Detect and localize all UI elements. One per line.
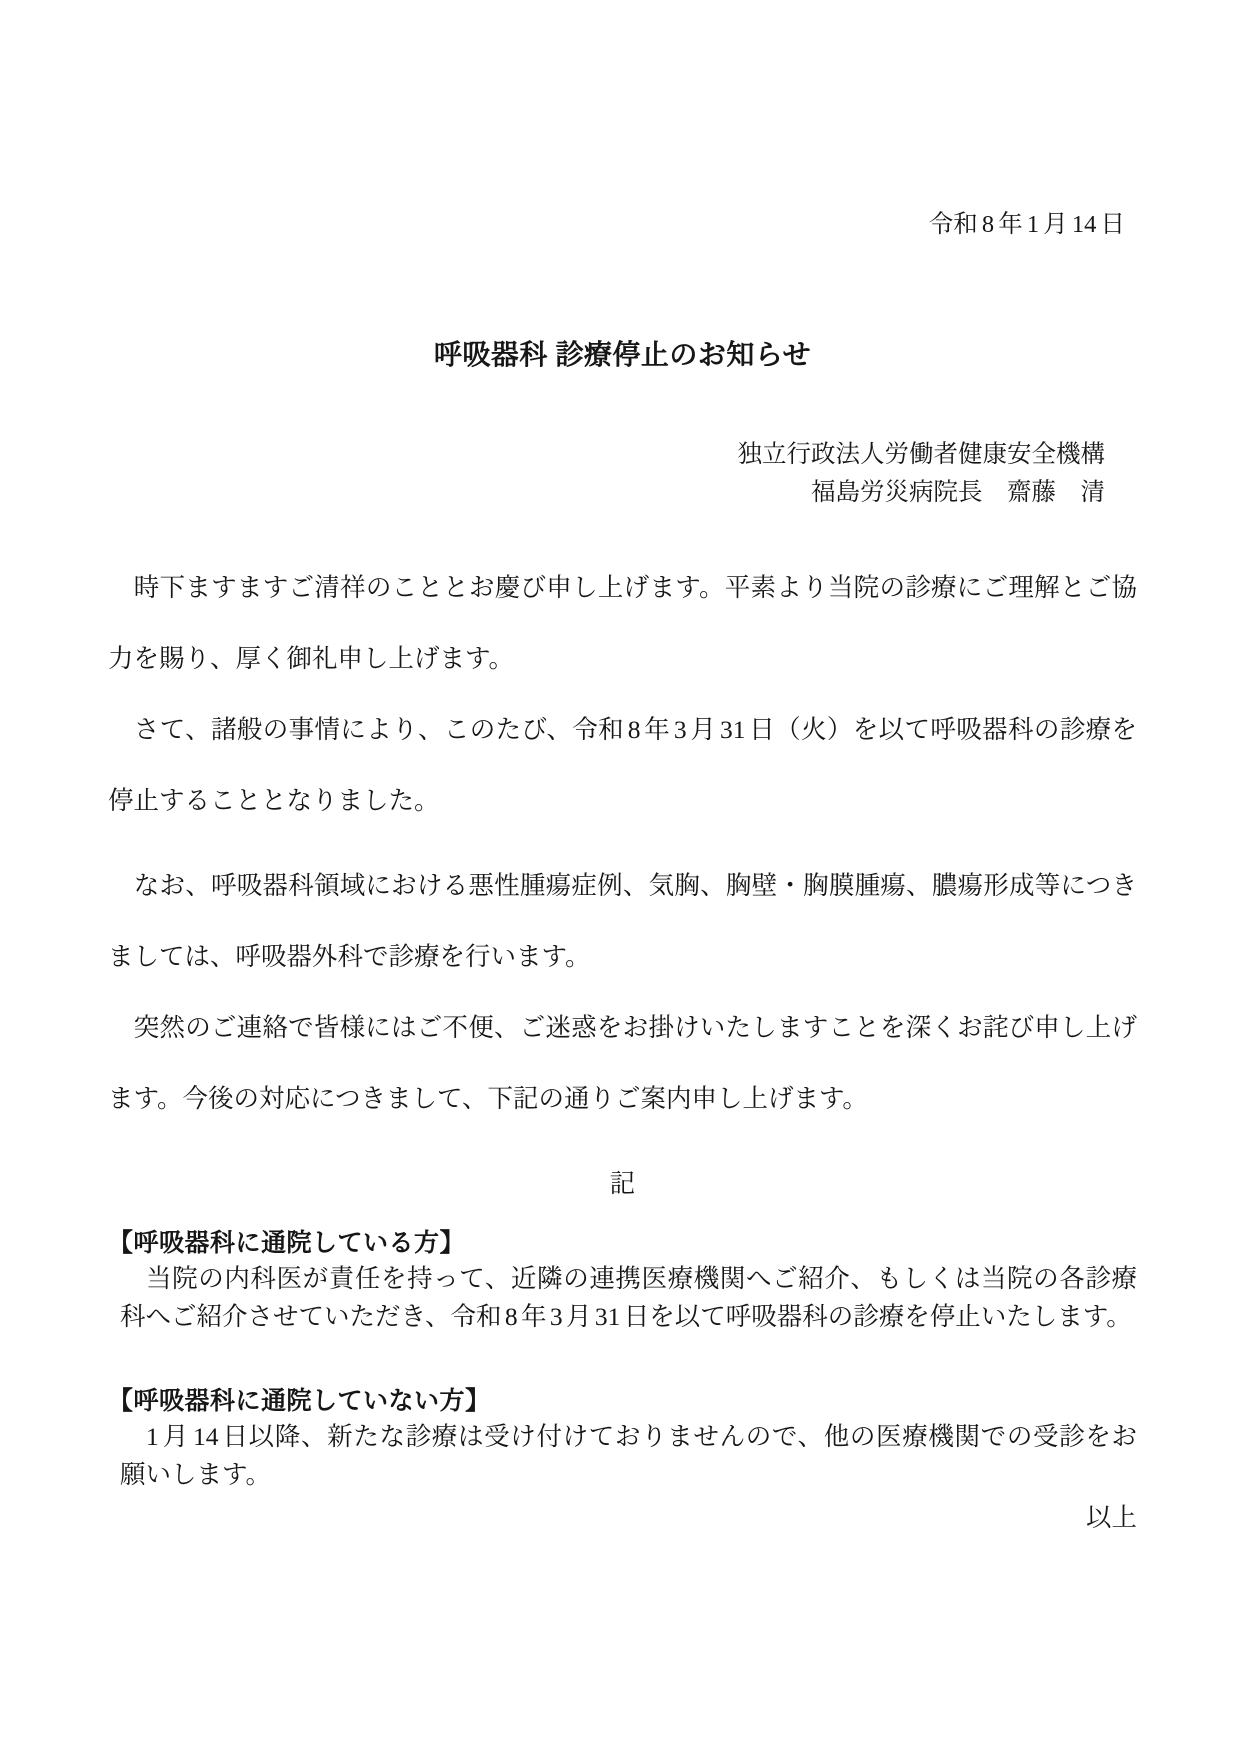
paragraph-announcement: さて、諸般の事情により、このたび、令和 8 年 3 月 31 日（火）を以て呼吸… (108, 694, 1137, 836)
section-current-patients-body: 当院の内科医が責任を持って、近隣の連携医療機関へご紹介、もしくは当院の各診療科へ… (108, 1260, 1137, 1336)
record-marker: 記 (108, 1164, 1137, 1204)
sender-signer: 福島労災病院長 齋藤 清 (108, 474, 1105, 512)
sender-block: 独立行政法人労働者健康安全機構 福島労災病院長 齋藤 清 (108, 436, 1137, 512)
section-non-patients: 【呼吸器科に通院していない方】 1 月 14 日以降、新たな診療は受け付けており… (108, 1384, 1137, 1494)
document-page: 令和 8 年 1 月 14 日 呼吸器科 診療停止のお知らせ 独立行政法人労働者… (0, 0, 1241, 1755)
paragraph-greeting: 時下ますますご清祥のこととお慶び申し上げます。平素より当院の診療にご理解とご協力… (108, 552, 1137, 694)
sender-organization: 独立行政法人労働者健康安全機構 (108, 436, 1105, 474)
section-non-patients-body: 1 月 14 日以降、新たな診療は受け付けておりませんので、他の医療機関での受診… (108, 1418, 1137, 1494)
paragraph-surgery-note: なお、呼吸器科領域における悪性腫瘍症例、気胸、胸壁・胸膜腫瘍、膿瘍形成等につきま… (108, 850, 1137, 992)
paragraph-apology: 突然のご連絡で皆様にはご不便、ご迷惑をお掛けいたしますことを深くお詫び申し上げま… (108, 992, 1137, 1134)
closing-marker: 以上 (108, 1500, 1137, 1536)
section-current-patients: 【呼吸器科に通院している方】 当院の内科医が責任を持って、近隣の連携医療機関へご… (108, 1226, 1137, 1336)
document-title: 呼吸器科 診療停止のお知らせ (108, 336, 1137, 376)
document-date: 令和 8 年 1 月 14 日 (108, 210, 1137, 240)
section-non-patients-heading: 【呼吸器科に通院していない方】 (108, 1384, 1137, 1418)
section-current-patients-heading: 【呼吸器科に通院している方】 (108, 1226, 1137, 1260)
